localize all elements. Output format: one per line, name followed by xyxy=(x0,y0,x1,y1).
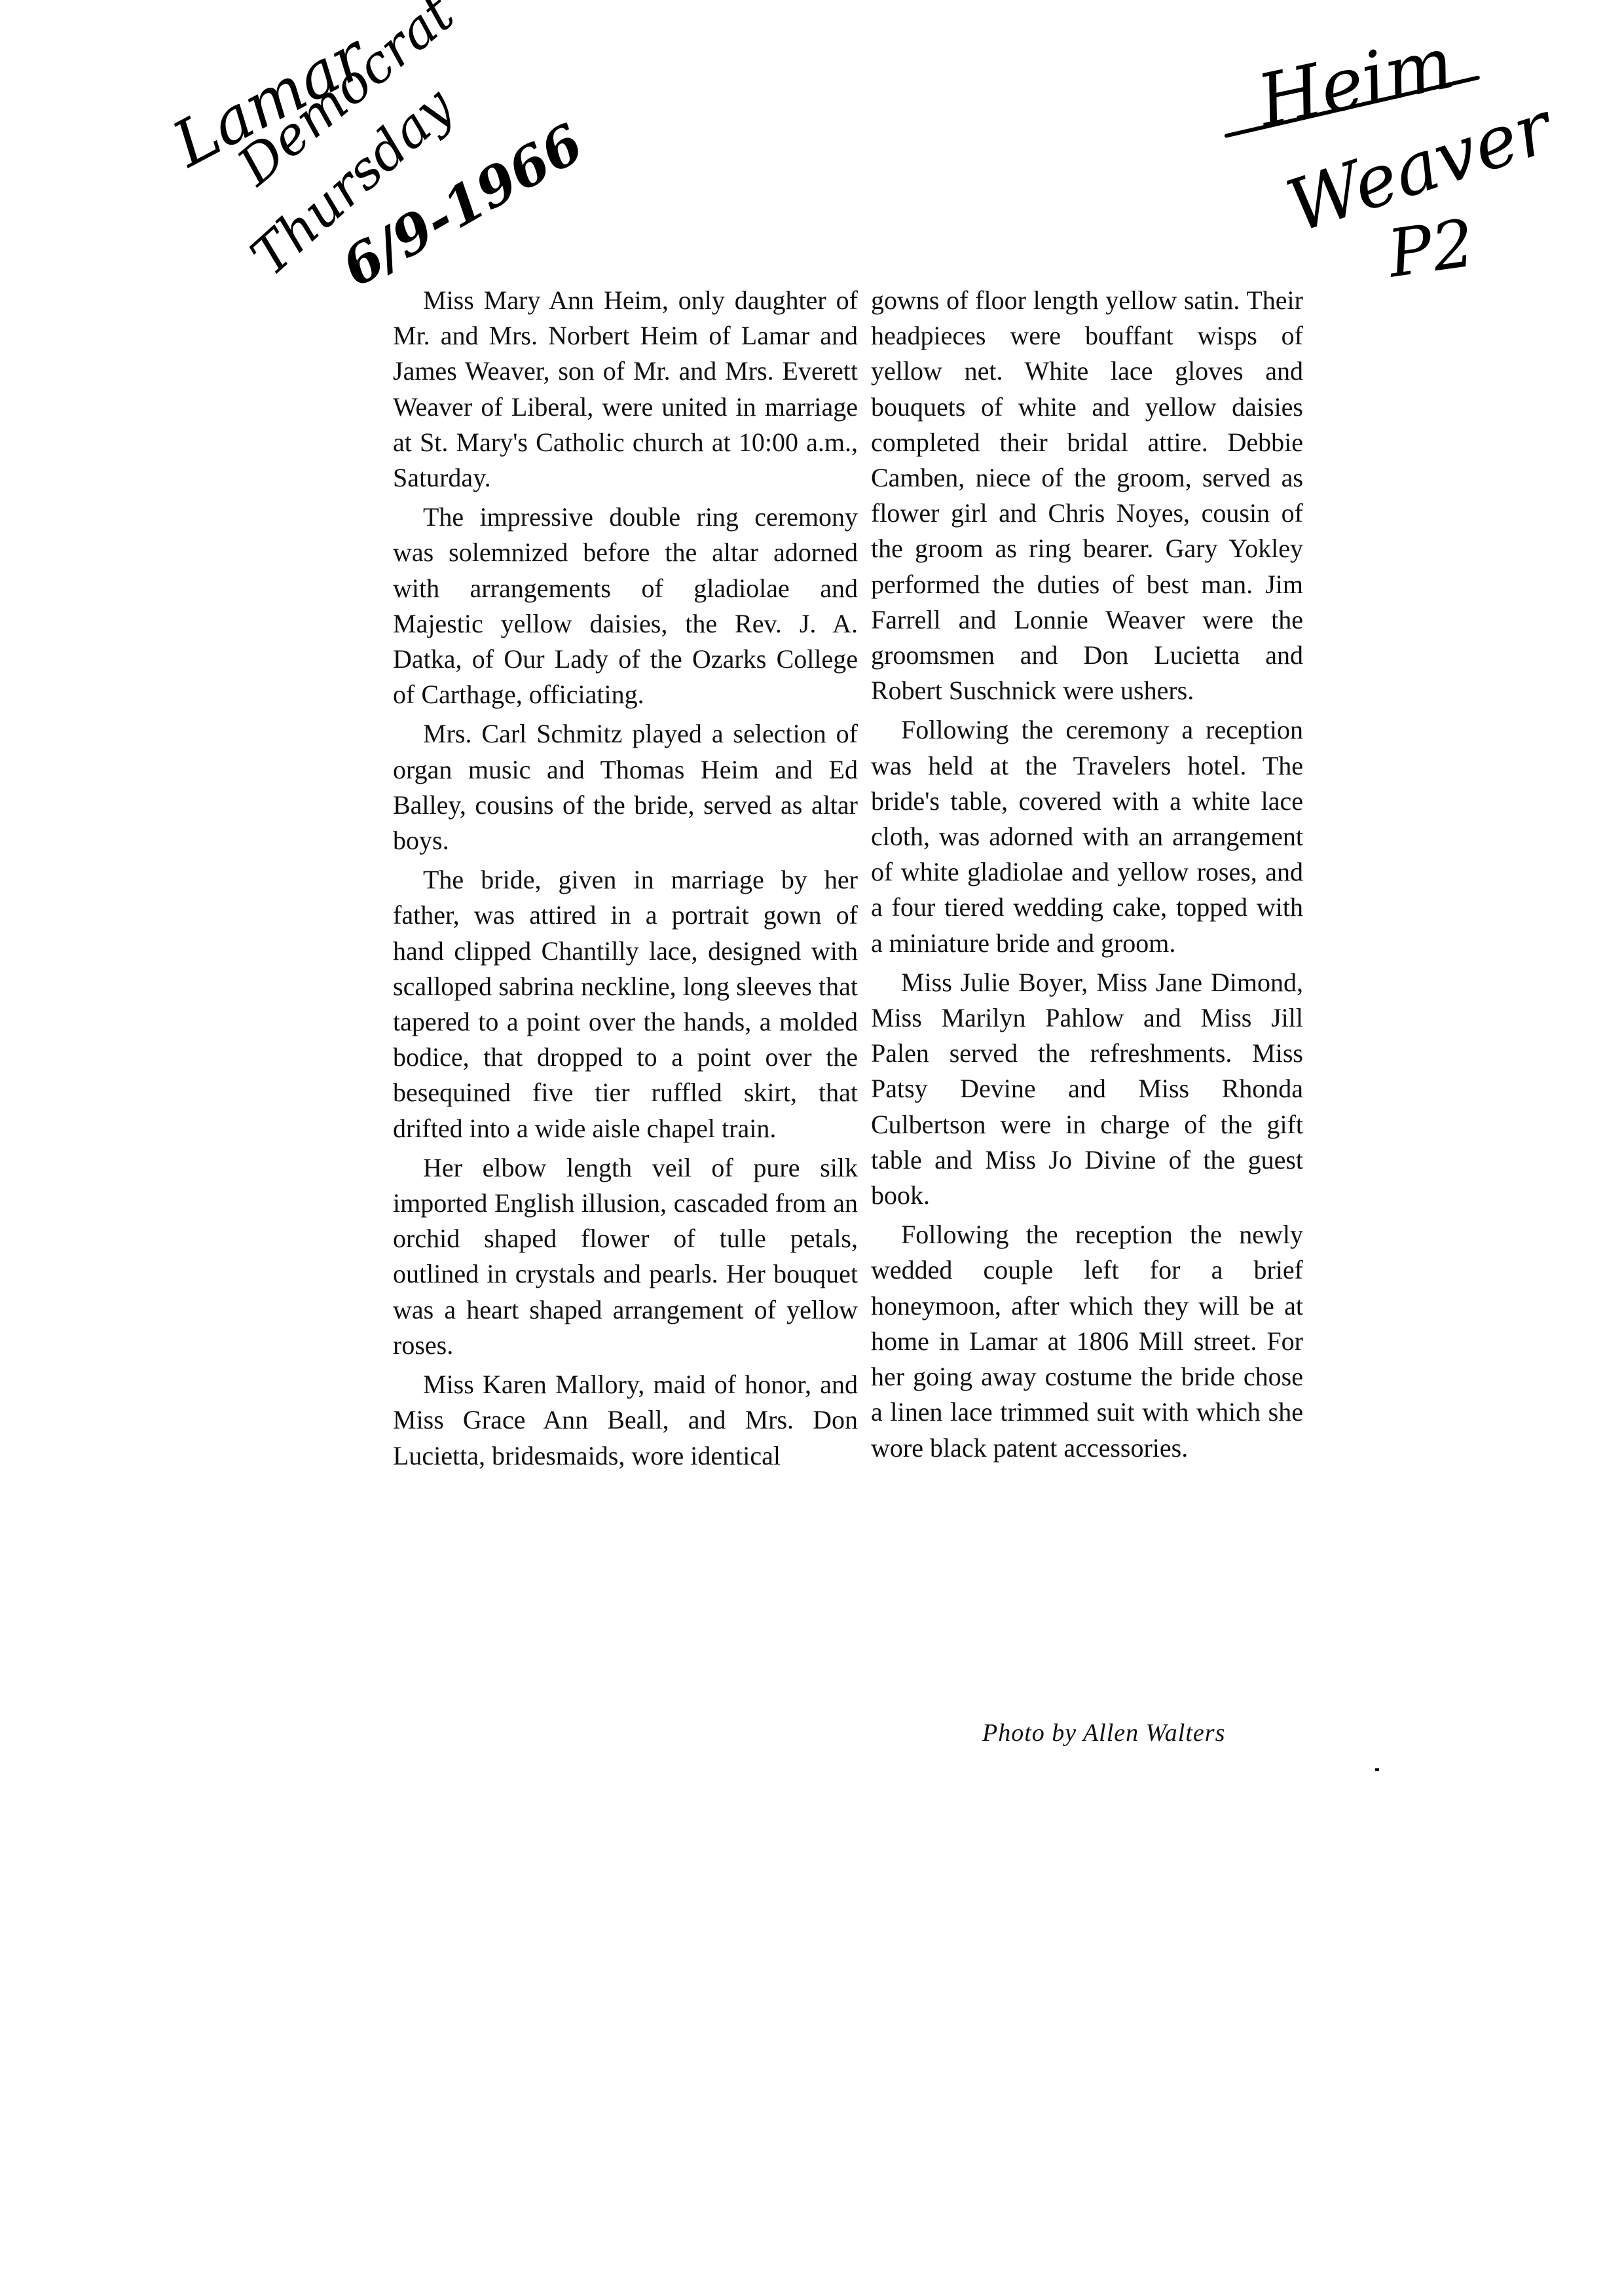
article-column-left: Miss Mary Ann Heim, only daughter of Mr.… xyxy=(393,283,858,1478)
article-paragraph: Following the reception the newly wedded… xyxy=(871,1217,1303,1465)
handwritten-page-number: P2 xyxy=(1384,210,1479,287)
handwritten-source-note: Lamar Democrat Thursday 6/9-1966 xyxy=(157,46,498,295)
article-paragraph: Miss Mary Ann Heim, only daughter of Mr.… xyxy=(393,283,858,496)
photo-credit: Photo by Allen Walters xyxy=(982,1719,1225,1747)
article-paragraph: Miss Karen Mallory, maid of honor, and M… xyxy=(393,1367,858,1474)
scan-speck xyxy=(1375,1768,1379,1771)
article-paragraph: Mrs. Carl Schmitz played a selection of … xyxy=(393,716,858,858)
article-column-right: gowns of floor length yellow satin. Thei… xyxy=(871,283,1303,1470)
scanned-newspaper-clipping: Lamar Democrat Thursday 6/9-1966 Heim We… xyxy=(0,0,1624,2296)
article-paragraph: gowns of floor length yellow satin. Thei… xyxy=(871,283,1303,708)
article-paragraph: Following the ceremony a reception was h… xyxy=(871,712,1303,960)
article-paragraph: Her elbow length veil of pure silk impor… xyxy=(393,1150,858,1363)
article-paragraph: Miss Julie Boyer, Miss Jane Dimond, Miss… xyxy=(871,965,1303,1213)
article-paragraph: The bride, given in marriage by her fath… xyxy=(393,862,858,1146)
handwritten-names-note: Heim Weaver P2 xyxy=(1198,20,1526,282)
article-paragraph: The impressive double ring ceremony was … xyxy=(393,500,858,712)
